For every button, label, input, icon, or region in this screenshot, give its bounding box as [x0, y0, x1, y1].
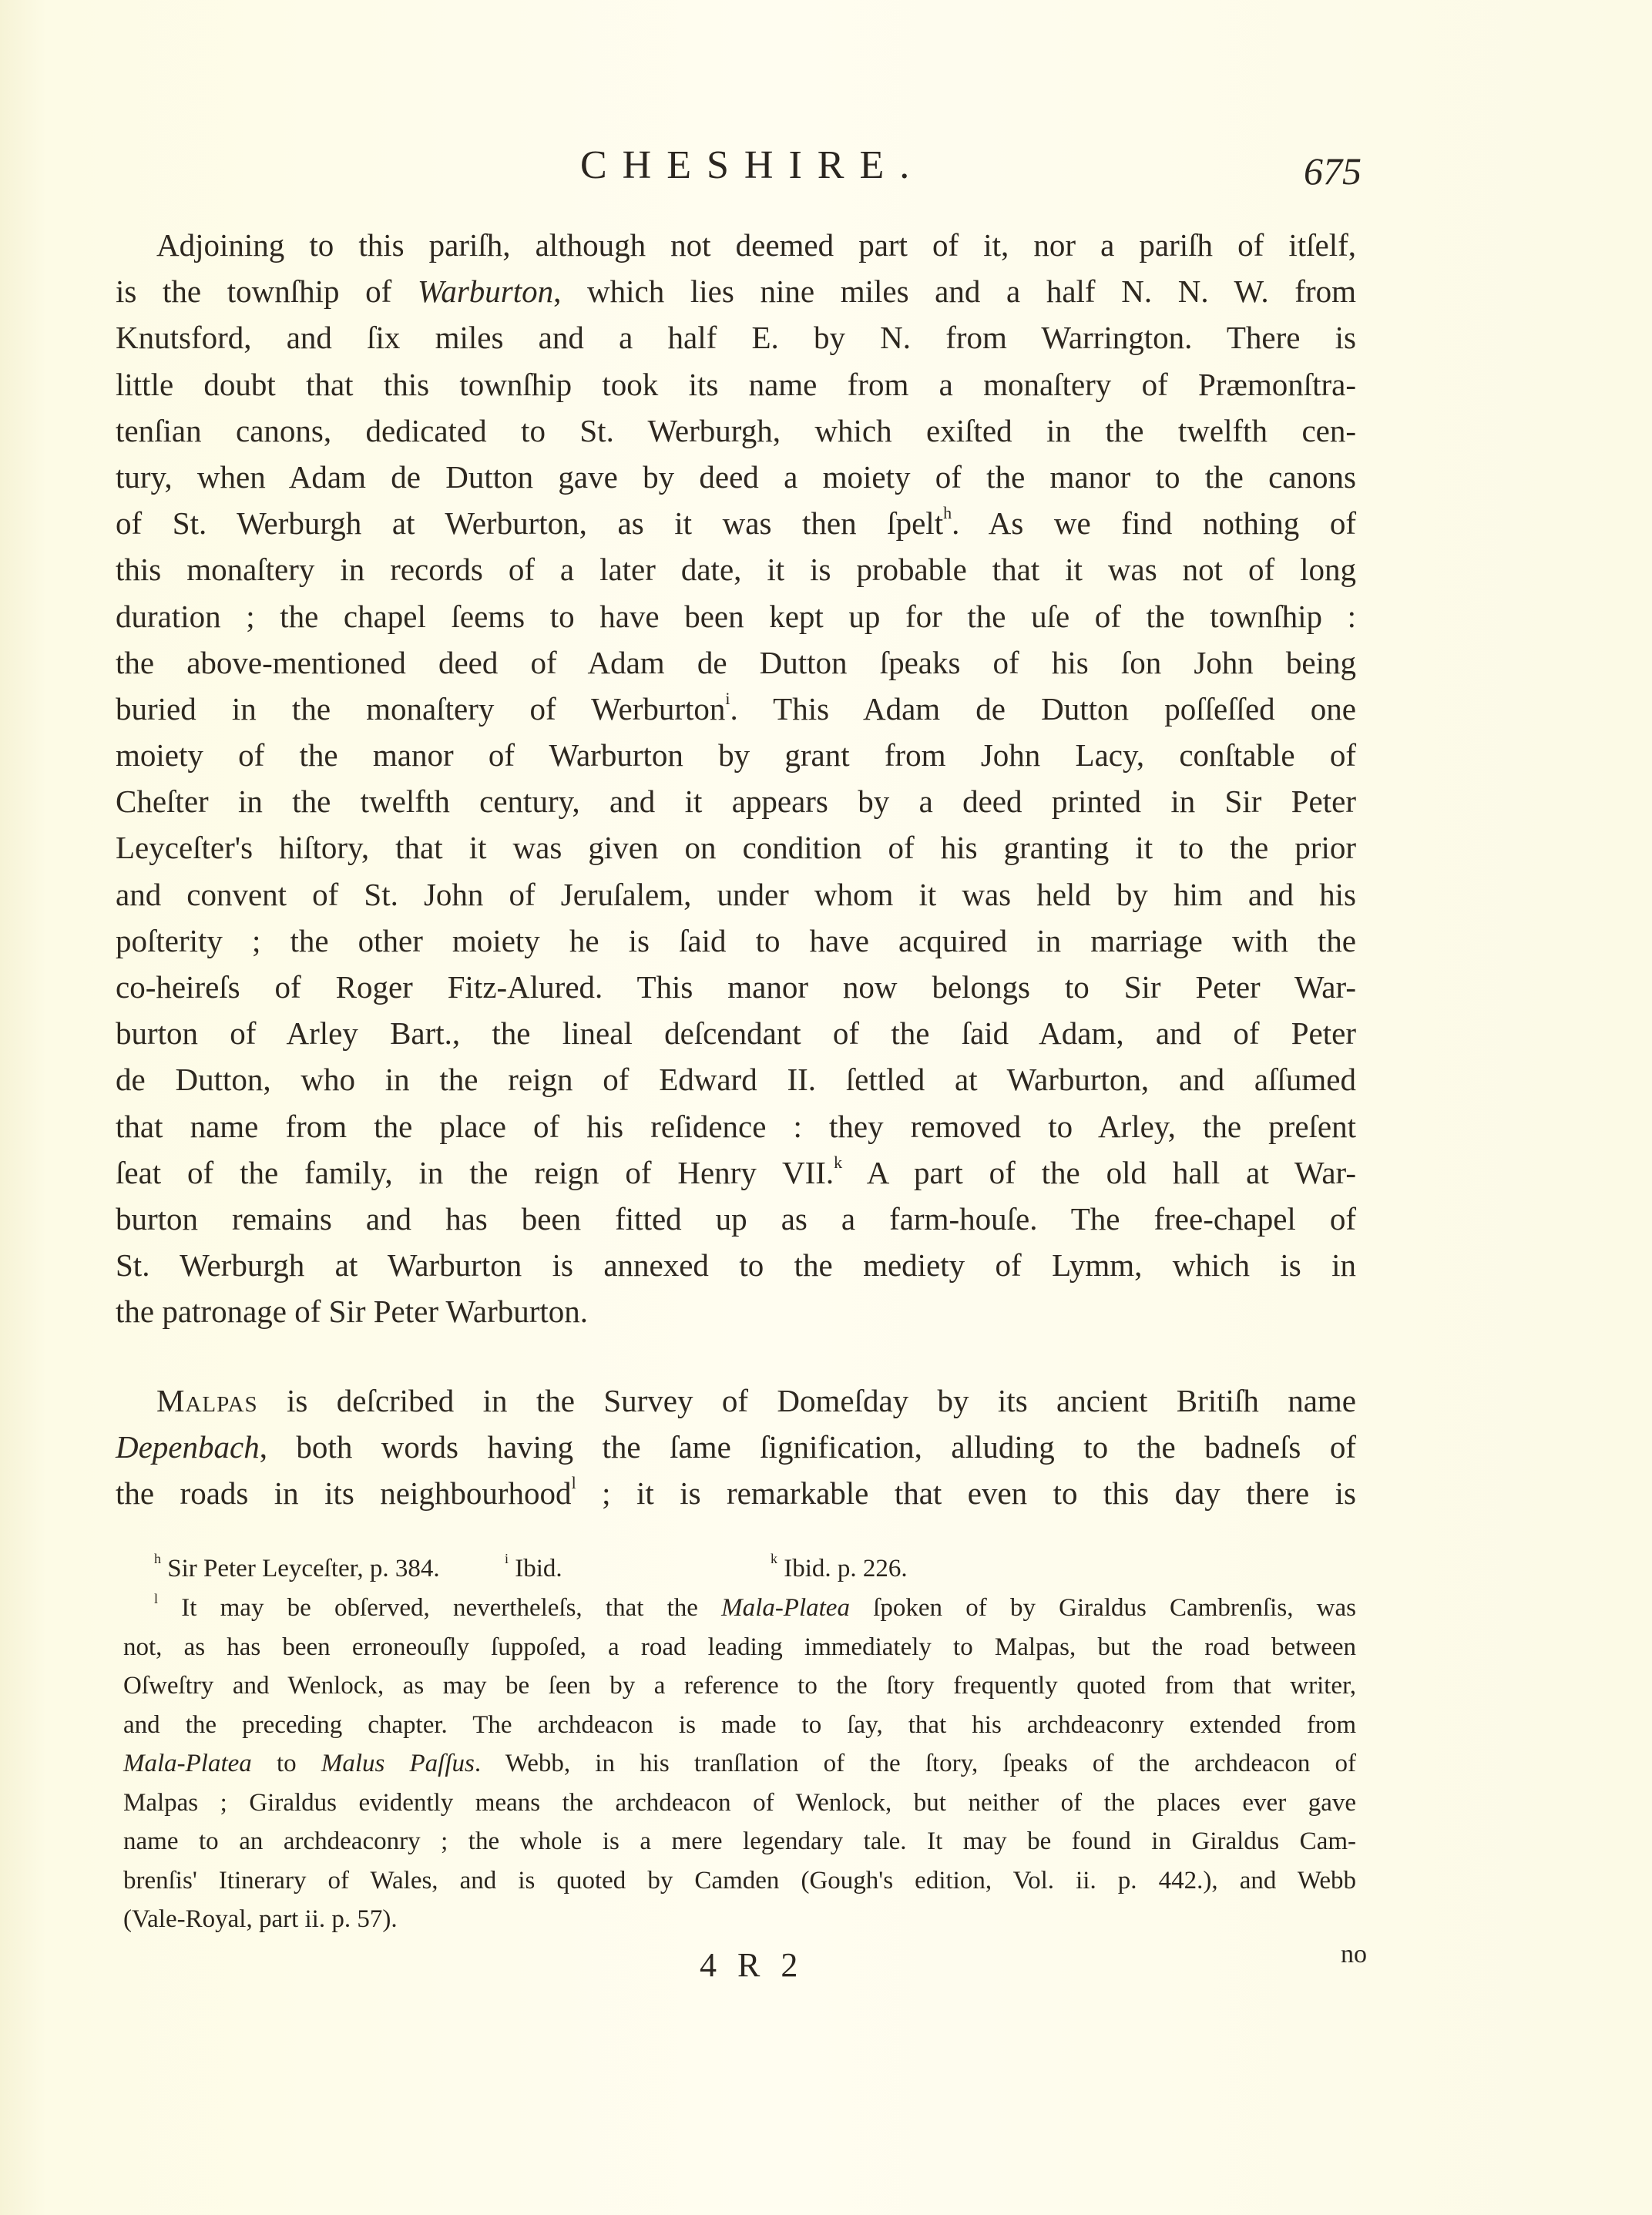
- footnote-line: name to an archdeaconry ; the whole is a…: [123, 1822, 1356, 1861]
- running-title: CHESHIRE.: [580, 143, 925, 188]
- footnote-line: Oſweſtry and Wenlock, as may be ſeen by …: [123, 1666, 1356, 1706]
- footnote-h: h Sir Peter Leyceſter, p. 384.: [154, 1549, 505, 1589]
- text-line: of St. Werburgh at Werburton, as it was …: [116, 500, 1356, 546]
- text-line: Leyceſter's hiſtory, that it was given o…: [116, 824, 1356, 871]
- text-line: the roads in its neighbourhoodl ; it is …: [116, 1470, 1356, 1516]
- text-line: de Dutton, who in the reign of Edward II…: [116, 1056, 1356, 1102]
- paragraph-warburton: Adjoining to this pariſh, although not d…: [116, 222, 1356, 1335]
- footnote-i: i Ibid.: [505, 1549, 771, 1589]
- text-line: is the townſhip of Warburton, which lies…: [116, 268, 1356, 314]
- text-line: co-heireſs of Roger Fitz-Alured. This ma…: [116, 964, 1356, 1010]
- footnote-text: Ibid.: [515, 1555, 562, 1582]
- footnote-text: Ibid. p. 226.: [784, 1555, 907, 1582]
- footnote-text: Sir Peter Leyceſter, p. 384.: [167, 1555, 439, 1582]
- footnotes: h Sir Peter Leyceſter, p. 384. i Ibid. k…: [123, 1549, 1356, 1939]
- text-line: Adjoining to this pariſh, although not d…: [116, 222, 1356, 268]
- italic-text: Malus Paſſus: [321, 1750, 475, 1777]
- footnote-mark: l: [154, 1591, 158, 1606]
- italic-text: Mala-Platea: [721, 1594, 850, 1622]
- footnote-line: Malpas ; Giraldus evidently means the ar…: [123, 1784, 1356, 1823]
- text-line: Cheſter in the twelfth century, and it a…: [116, 778, 1356, 824]
- page-number: 675: [1304, 149, 1362, 193]
- footnote-line: brenſis' Itinerary of Wales, and is quot…: [123, 1861, 1356, 1901]
- text-line: duration ; the chapel ſeems to have been…: [116, 593, 1356, 639]
- footnote-line: and the preceding chapter. The archdeaco…: [123, 1706, 1356, 1745]
- footnote-mark: h: [154, 1551, 161, 1566]
- footnote-l: l It may be obſerved, nevertheleſs, that…: [123, 1589, 1356, 1939]
- text-line: tury, when Adam de Dutton gave by deed a…: [116, 454, 1356, 500]
- footnote-mark: k: [771, 1551, 777, 1566]
- page-header: CHESHIRE. 675: [0, 143, 1652, 204]
- signature-mark: 4 R 2: [700, 1945, 804, 1985]
- text-line: and convent of St. John of Jeruſalem, un…: [116, 871, 1356, 918]
- footnote-reference: k: [834, 1153, 842, 1172]
- small-caps-heading: Malpas: [156, 1383, 258, 1418]
- footnote-line: Mala-Platea to Malus Paſſus. Webb, in hi…: [123, 1744, 1356, 1784]
- italic-text: Warburton: [418, 274, 553, 309]
- italic-text: Depenbach: [116, 1429, 260, 1465]
- text-line: Knutsford, and ſix miles and a half E. b…: [116, 314, 1356, 361]
- footnote-line: not, as has been erroneouſly ſuppoſed, a…: [123, 1628, 1356, 1667]
- text-line: Malpas is deſcribed in the Survey of Dom…: [116, 1378, 1356, 1424]
- footnote-reference: h: [943, 503, 952, 522]
- footnote-line: (Vale-Royal, part ii. p. 57).: [123, 1900, 1356, 1939]
- paragraph-malpas: Malpas is deſcribed in the Survey of Dom…: [116, 1378, 1356, 1517]
- text-line: that name from the place of his reſidenc…: [116, 1103, 1356, 1149]
- text-line: burton remains and has been fitted up as…: [116, 1196, 1356, 1242]
- body-text: Adjoining to this pariſh, although not d…: [116, 222, 1356, 1516]
- italic-text: Mala-Platea: [123, 1750, 252, 1777]
- text-line: St. Werburgh at Warburton is annexed to …: [116, 1242, 1356, 1288]
- text-line: burton of Arley Bart., the lineal deſcen…: [116, 1010, 1356, 1056]
- text-line: poſterity ; the other moiety he is ſaid …: [116, 918, 1356, 964]
- text-line: Depenbach, both words having the ſame ſi…: [116, 1424, 1356, 1470]
- text-line: ſeat of the family, in the reign of Henr…: [116, 1149, 1356, 1196]
- footnote-reference: l: [572, 1473, 576, 1492]
- text-line: little doubt that this townſhip took its…: [116, 361, 1356, 408]
- footnote-reference: i: [725, 689, 730, 708]
- footnote-k: k Ibid. p. 226.: [771, 1549, 908, 1589]
- catchword: no: [1341, 1940, 1367, 1969]
- text-line: the above-mentioned deed of Adam de Dutt…: [116, 639, 1356, 686]
- footnote-refs: h Sir Peter Leyceſter, p. 384. i Ibid. k…: [123, 1549, 1356, 1589]
- text-line: the patronage of Sir Peter Warburton.: [116, 1288, 1356, 1334]
- footnote-mark: i: [505, 1551, 509, 1566]
- text-line: tenſian canons, dedicated to St. Werburg…: [116, 408, 1356, 454]
- text-line: this monaſtery in records of a later dat…: [116, 546, 1356, 592]
- text-line: moiety of the manor of Warburton by gran…: [116, 732, 1356, 778]
- footnote-line: l It may be obſerved, nevertheleſs, that…: [123, 1589, 1356, 1628]
- text-line: buried in the monaſtery of Werburtoni. T…: [116, 686, 1356, 732]
